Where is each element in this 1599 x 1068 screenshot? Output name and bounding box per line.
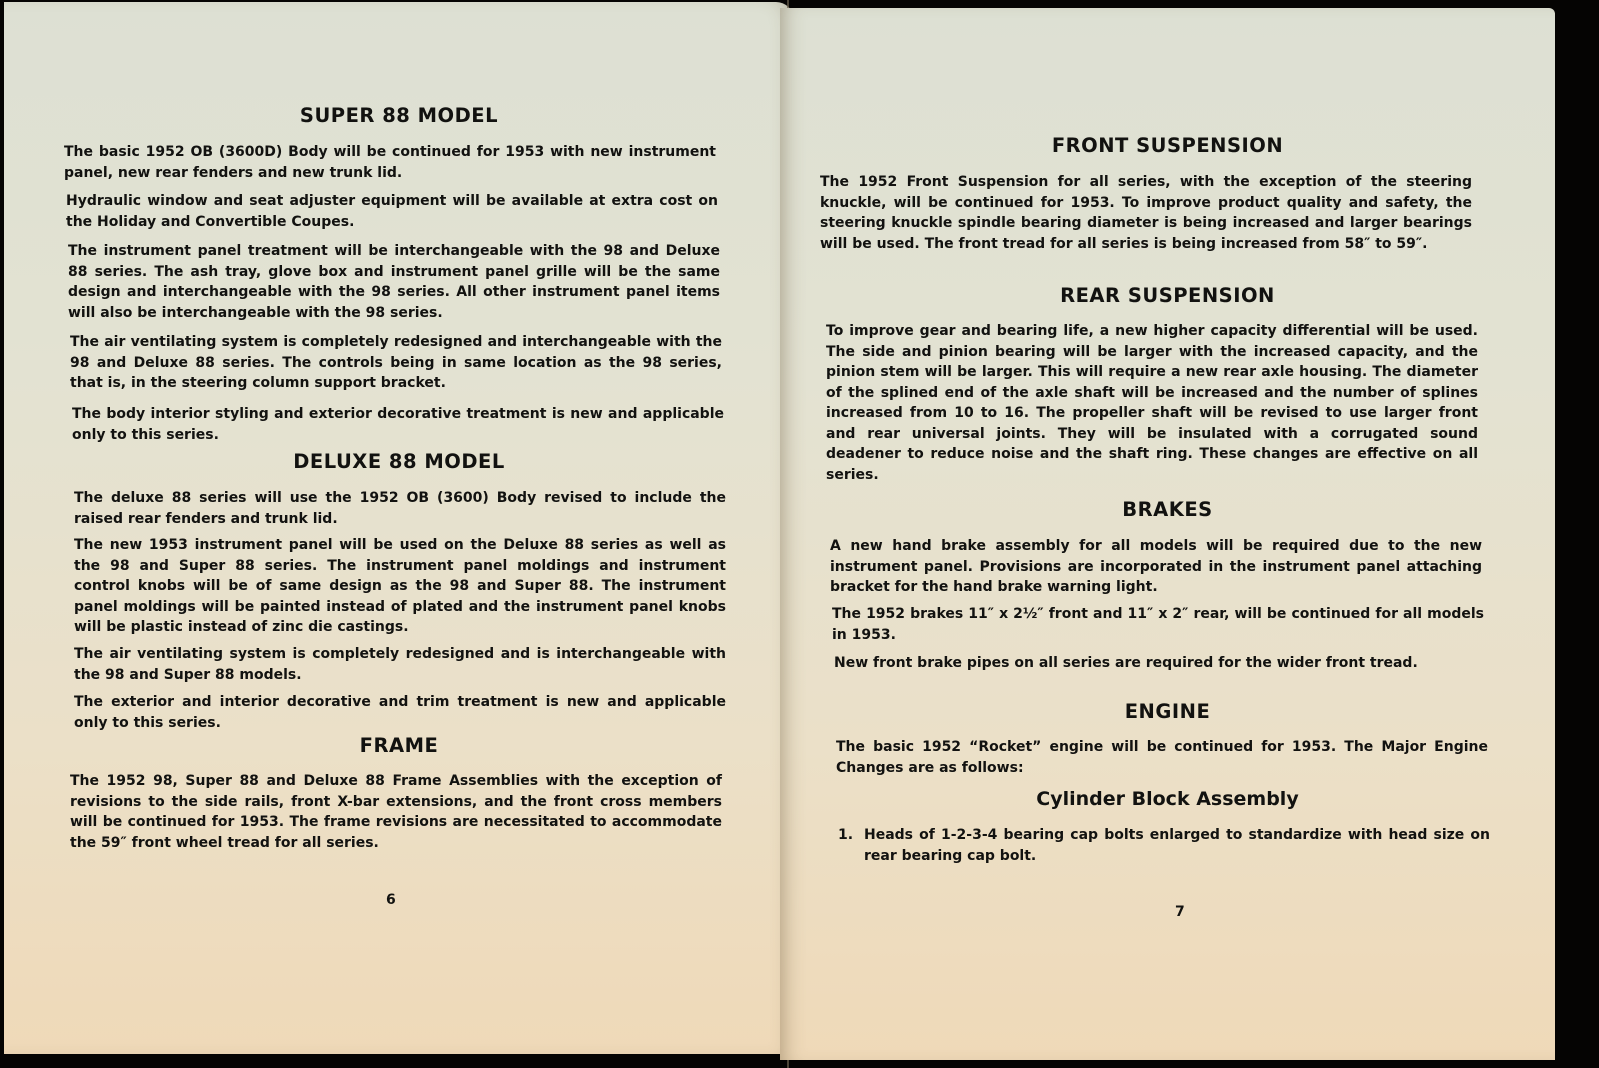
subheading-cylinder-block-assembly: Cylinder Block Assembly: [780, 788, 1555, 810]
paragraph: The basic 1952 OB (3600D) Body will be c…: [64, 142, 716, 183]
paragraph: The 1952 brakes 11″ x 2½″ front and 11″ …: [832, 604, 1484, 645]
heading-engine: ENGINE: [780, 700, 1555, 723]
list-number: 1.: [838, 825, 864, 866]
paragraph: The deluxe 88 series will use the 1952 O…: [74, 488, 726, 529]
paragraph: The air ventilating system is completely…: [70, 332, 722, 394]
paragraph: The body interior styling and exterior d…: [72, 404, 724, 445]
page-number: 7: [1175, 904, 1185, 920]
paragraph: Hydraulic window and seat adjuster equip…: [66, 191, 718, 232]
paragraph: The instrument panel treatment will be i…: [68, 241, 720, 323]
paragraph: The 1952 Front Suspension for all series…: [820, 172, 1472, 254]
heading-brakes: BRAKES: [780, 498, 1555, 521]
list-text: Heads of 1-2-3-4 bearing cap bolts enlar…: [864, 825, 1490, 866]
list-item: 1. Heads of 1-2-3-4 bearing cap bolts en…: [838, 825, 1490, 866]
heading-deluxe-88-model: DELUXE 88 MODEL: [4, 450, 794, 473]
heading-rear-suspension: REAR SUSPENSION: [780, 284, 1555, 307]
paragraph: The basic 1952 “Rocket” engine will be c…: [836, 737, 1488, 778]
paragraph: The air ventilating system is completely…: [74, 644, 726, 685]
right-page: FRONT SUSPENSION The 1952 Front Suspensi…: [780, 8, 1555, 1060]
left-page: SUPER 88 MODEL The basic 1952 OB (3600D)…: [4, 2, 794, 1054]
paragraph: The new 1953 instrument panel will be us…: [74, 535, 726, 638]
paragraph: To improve gear and bearing life, a new …: [826, 321, 1478, 485]
heading-frame: FRAME: [4, 734, 794, 757]
page-number: 6: [386, 892, 396, 908]
heading-front-suspension: FRONT SUSPENSION: [780, 134, 1555, 157]
paragraph: The exterior and interior decorative and…: [74, 692, 726, 733]
heading-super-88-model: SUPER 88 MODEL: [4, 104, 794, 127]
paragraph: New front brake pipes on all series are …: [834, 653, 1486, 674]
paragraph: A new hand brake assembly for all models…: [830, 536, 1482, 598]
paragraph: The 1952 98, Super 88 and Deluxe 88 Fram…: [70, 771, 722, 853]
